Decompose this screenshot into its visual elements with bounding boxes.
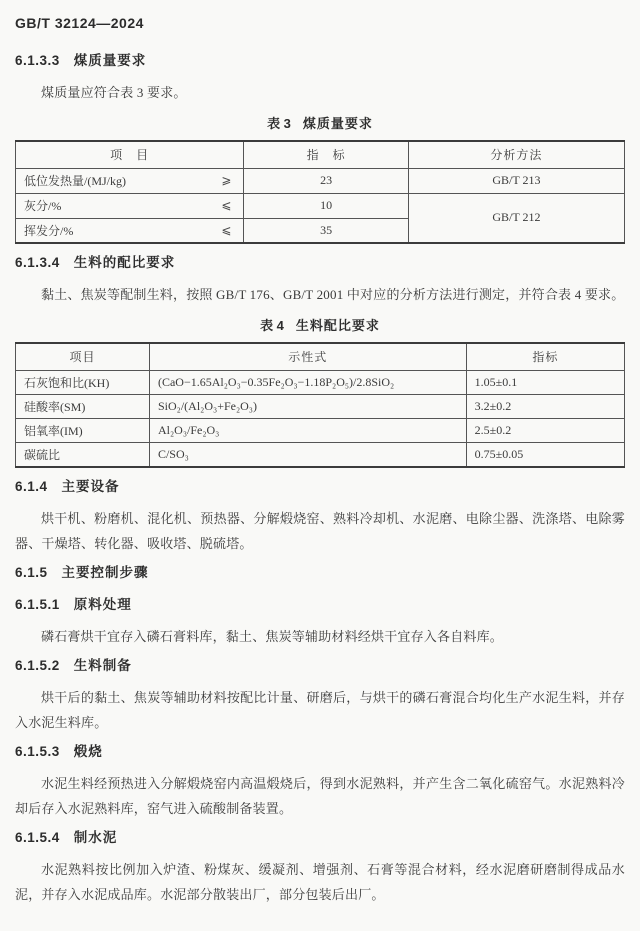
table4-caption-label: 表 4 (260, 318, 284, 333)
table4-header-item: 项目 (16, 343, 150, 370)
section-number: 6.1.5.1 (15, 597, 60, 612)
table4-cell-value: 2.5±0.2 (466, 418, 624, 442)
section-title: 原料处理 (74, 597, 132, 612)
table3-cell-value: 10 (244, 193, 408, 218)
table4-row-lime-saturation: 石灰饱和比(KH) (CaO−1.65Al₂O₃−0.35Fe₂O₃−1.18P… (16, 370, 625, 394)
paragraph-cement-making: 水泥熟料按比例加入炉渣、粉煤灰、缓凝剂、增强剂、石膏等混合材料，经水泥磨研磨制得… (15, 857, 625, 907)
paragraph-main-equipment: 烘干机、粉磨机、混化机、预热器、分解煅烧窑、熟料冷却机、水泥磨、电除尘器、洗涤塔… (15, 506, 625, 556)
table3-header-item: 项 目 (16, 141, 244, 168)
table4-cell-value: 0.75±0.05 (466, 442, 624, 467)
table4-raw-meal-ratio-requirements: 项目 示性式 指标 石灰饱和比(KH) (CaO−1.65Al₂O₃−0.35F… (15, 342, 625, 468)
table4-header-index: 指标 (466, 343, 624, 370)
table4-cell-formula: Al₂O₃/Fe₂O₃ (149, 418, 466, 442)
table3-coal-quality-requirements: 项 目 指 标 分析方法 低位发热量/(MJ/kg) ⩾ 23 GB/T 213 (15, 140, 625, 244)
table3-cell-item: 低位发热量/(MJ/kg) ⩾ (16, 168, 244, 193)
table3-cell-method-merged: GB/T 212 (408, 193, 624, 243)
section-heading-raw-meal-preparation: 6.1.5.2生料制备 (15, 657, 625, 675)
section-heading-coal-quality: 6.1.3.3煤质量要求 (15, 52, 625, 70)
section-title: 煅烧 (74, 744, 103, 759)
row-item-label: 低位发热量/(MJ/kg) (24, 172, 126, 189)
table3-header-row: 项 目 指 标 分析方法 (16, 141, 625, 168)
section-number: 6.1.5.3 (15, 744, 60, 759)
section-number: 6.1.3.3 (15, 53, 60, 68)
table3-row-ash: 灰分/% ⩽ 10 GB/T 212 (16, 193, 625, 218)
section-heading-cement-making: 6.1.5.4制水泥 (15, 829, 625, 847)
paragraph-raw-meal-ratio: 黏土、焦炭等配制生料，按照 GB/T 176、GB/T 2001 中对应的分析方… (15, 282, 625, 307)
paragraph-raw-material-processing: 磷石膏烘干宜存入磷石膏料库，黏土、焦炭等辅助材料经烘干宜存入各自料库。 (15, 624, 625, 649)
table4-cell-item: 硅酸率(SM) (16, 394, 150, 418)
table4-cell-value: 3.2±0.2 (466, 394, 624, 418)
section-heading-main-equipment: 6.1.4主要设备 (15, 478, 625, 496)
table4-caption-title: 生料配比要求 (296, 318, 380, 333)
table4-cell-formula: SiO₂/(Al₂O₃+Fe₂O₃) (149, 394, 466, 418)
section-number: 6.1.5.2 (15, 658, 60, 673)
table4-header-formula: 示性式 (149, 343, 466, 370)
paragraph-raw-meal-preparation: 烘干后的黏土、焦炭等辅助材料按配比计量、研磨后，与烘干的磷石膏混合均化生产水泥生… (15, 685, 625, 735)
less-equal-symbol: ⩽ (221, 223, 235, 238)
section-title: 煤质量要求 (74, 53, 147, 68)
section-title: 制水泥 (74, 830, 118, 845)
table4-row-silica-modulus: 硅酸率(SM) SiO₂/(Al₂O₃+Fe₂O₃) 3.2±0.2 (16, 394, 625, 418)
table3-header-index: 指 标 (244, 141, 408, 168)
document-page: GB/T 32124—2024 6.1.3.3煤质量要求 煤质量应符合表 3 要… (0, 0, 640, 931)
section-heading-main-control-steps: 6.1.5主要控制步骤 (15, 564, 625, 582)
table3-cell-item: 挥发分/% ⩽ (16, 218, 244, 243)
table3-caption-label: 表 3 (267, 116, 291, 131)
table3-cell-value: 35 (244, 218, 408, 243)
section-number: 6.1.5 (15, 565, 48, 580)
table3-cell-value: 23 (244, 168, 408, 193)
table4-cell-formula: (CaO−1.65Al₂O₃−0.35Fe₂O₃−1.18P₂O₅)/2.8Si… (149, 370, 466, 394)
standard-number: GB/T 32124—2024 (15, 14, 625, 32)
table3-caption: 表 3煤质量要求 (15, 115, 625, 132)
table4-row-carbon-sulfur: 碳硫比 C/SO₃ 0.75±0.05 (16, 442, 625, 467)
table3-row-calorific: 低位发热量/(MJ/kg) ⩾ 23 GB/T 213 (16, 168, 625, 193)
section-title: 生料制备 (74, 658, 132, 673)
table3-caption-title: 煤质量要求 (303, 116, 373, 131)
paragraph-coal-quality: 煤质量应符合表 3 要求。 (15, 80, 625, 105)
row-item-label: 挥发分/% (24, 222, 73, 239)
section-number: 6.1.4 (15, 479, 48, 494)
section-title: 主要设备 (62, 479, 120, 494)
table4-caption: 表 4生料配比要求 (15, 317, 625, 334)
section-title: 生料的配比要求 (74, 255, 176, 270)
section-number: 6.1.3.4 (15, 255, 60, 270)
table4-cell-item: 铝氧率(IM) (16, 418, 150, 442)
row-item-label: 灰分/% (24, 197, 61, 214)
section-heading-calcination: 6.1.5.3煅烧 (15, 743, 625, 761)
table4-cell-value: 1.05±0.1 (466, 370, 624, 394)
paragraph-calcination: 水泥生料经预热进入分解煅烧窑内高温煅烧后，得到水泥熟料，并产生含二氧化硫窑气。水… (15, 771, 625, 821)
greater-equal-symbol: ⩾ (221, 173, 235, 188)
less-equal-symbol: ⩽ (221, 198, 235, 213)
table4-cell-item: 石灰饱和比(KH) (16, 370, 150, 394)
table3-cell-method: GB/T 213 (408, 168, 624, 193)
table4-row-alumina-modulus: 铝氧率(IM) Al₂O₃/Fe₂O₃ 2.5±0.2 (16, 418, 625, 442)
section-heading-raw-meal-ratio: 6.1.3.4生料的配比要求 (15, 254, 625, 272)
table4-header-row: 项目 示性式 指标 (16, 343, 625, 370)
table3-cell-item: 灰分/% ⩽ (16, 193, 244, 218)
table4-cell-item: 碳硫比 (16, 442, 150, 467)
table4-cell-formula: C/SO₃ (149, 442, 466, 467)
section-title: 主要控制步骤 (62, 565, 149, 580)
section-number: 6.1.5.4 (15, 830, 60, 845)
section-heading-raw-material-processing: 6.1.5.1原料处理 (15, 596, 625, 614)
table3-header-method: 分析方法 (408, 141, 624, 168)
